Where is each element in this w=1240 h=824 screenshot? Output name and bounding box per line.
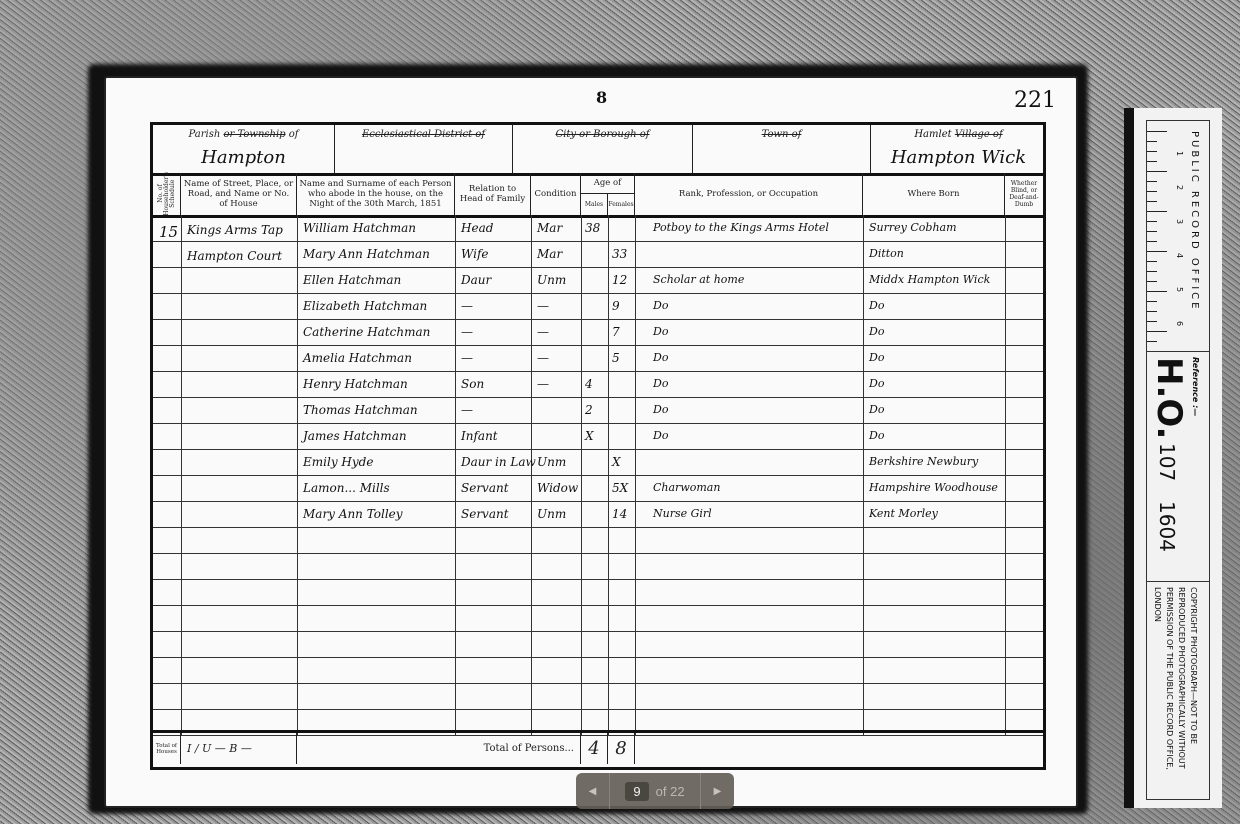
person-name: Mary Ann Tolley <box>303 507 403 521</box>
ruler-tick <box>1147 221 1157 222</box>
ruler-frame: PUBLIC RECORD OFFICE 123456 Reference :—… <box>1146 120 1210 800</box>
col-age-sub: Males Females <box>581 194 634 215</box>
grid-row-line <box>153 605 1043 606</box>
chevron-right-icon: ▶ <box>714 786 722 797</box>
table-row: James HatchmanInfantXDoDo <box>153 423 1043 449</box>
birthplace: Berkshire Newbury <box>869 455 978 468</box>
occupation: Nurse Girl <box>653 507 712 520</box>
occupation: Charwoman <box>653 481 720 494</box>
ruler-tick <box>1147 171 1167 172</box>
village-value: Hampton Wick <box>871 147 1046 168</box>
females-total: 8 <box>608 733 635 764</box>
age-male: 38 <box>585 221 600 235</box>
occupation: Do <box>653 377 668 390</box>
ruler-title: PUBLIC RECORD OFFICE <box>1189 131 1200 311</box>
age-female: 12 <box>612 273 627 287</box>
ruler-tick <box>1147 201 1157 202</box>
ruler-cm-label: 1 <box>1175 151 1184 156</box>
col-occupation: Rank, Profession, or Occupation <box>635 173 863 215</box>
condition: Unm <box>537 455 566 469</box>
col-age-label: Age of <box>581 173 634 194</box>
birthplace: Do <box>869 351 884 364</box>
condition: — <box>537 325 549 339</box>
condition: Unm <box>537 273 566 287</box>
condition: — <box>537 377 549 391</box>
age-female: 9 <box>612 299 620 313</box>
relation: — <box>461 403 473 417</box>
birthplace: Hampshire Woodhouse <box>869 481 998 494</box>
birthplace: Do <box>869 377 884 390</box>
reference-box: Reference :— H.O. 107 1604 <box>1147 351 1209 582</box>
person-name: Thomas Hatchman <box>303 403 418 417</box>
grid-row-line <box>153 553 1043 554</box>
ruler-tick <box>1147 231 1157 232</box>
age-female: 5 <box>612 351 620 365</box>
grid-row-line <box>153 683 1043 684</box>
condition: Unm <box>537 507 566 521</box>
birthplace: Kent Morley <box>869 507 938 520</box>
census-form: Parish or Township of Hampton Ecclesiast… <box>150 122 1046 770</box>
occupation: Do <box>653 429 668 442</box>
birthplace: Do <box>869 403 884 416</box>
occupation: Do <box>653 403 668 416</box>
person-name: Lamon... Mills <box>303 481 390 495</box>
birthplace: Ditton <box>869 247 904 260</box>
birthplace: Middx Hampton Wick <box>869 273 990 286</box>
table-row: Thomas Hatchman—2DoDo <box>153 397 1043 423</box>
birthplace: Do <box>869 325 884 338</box>
relation: Infant <box>461 429 498 443</box>
ruler-tick <box>1147 261 1157 262</box>
ruler-scale: PUBLIC RECORD OFFICE 123456 <box>1147 121 1209 352</box>
ruler-tick <box>1147 141 1157 142</box>
table-row: Mary Ann HatchmanWifeMar33Ditton <box>153 241 1043 267</box>
next-page-button[interactable]: ▶ <box>700 773 734 809</box>
relation: — <box>461 325 473 339</box>
total-persons-label: Total of Persons... <box>297 733 581 764</box>
folio-number: 221 <box>1014 88 1056 113</box>
page-total: of 22 <box>656 784 685 799</box>
ruler-tick <box>1147 131 1167 132</box>
birthplace: Surrey Cobham <box>869 221 957 234</box>
age-female: 33 <box>612 247 627 261</box>
relation: Wife <box>461 247 489 261</box>
ruler-cm-label: 2 <box>1175 185 1184 190</box>
age-female: 14 <box>612 507 627 521</box>
table-row: Emily HydeDaur in LawUnmXBerkshire Newbu… <box>153 449 1043 475</box>
relation: Son <box>461 377 484 391</box>
ruler-tick <box>1147 251 1167 252</box>
condition: Mar <box>537 247 562 261</box>
grid-row-line <box>153 709 1043 710</box>
col-schedule: No. of Householder's Schedule <box>153 173 181 215</box>
table-row: Elizabeth Hatchman——9DoDo <box>153 293 1043 319</box>
grid-row-line <box>153 527 1043 528</box>
ruler-cm-label: 6 <box>1175 321 1184 326</box>
village-cell: Hamlet Village of Hampton Wick <box>871 125 1046 173</box>
occupation: Scholar at home <box>653 273 744 286</box>
col-blind: Whether Blind, or Deaf-and-Dumb <box>1005 173 1043 215</box>
age-female: 7 <box>612 325 620 339</box>
col-females: Females <box>608 194 634 215</box>
occupation: Potboy to the Kings Arms Hotel <box>653 221 829 234</box>
table-row: Catherine Hatchman——7DoDo <box>153 319 1043 345</box>
relation: Daur <box>461 273 491 287</box>
occupation: Do <box>653 351 668 364</box>
ruler-tick <box>1147 331 1167 332</box>
person-name: William Hatchman <box>303 221 416 235</box>
ruler-cm-label: 4 <box>1175 253 1184 258</box>
page-indicator: 9 of 22 <box>610 782 700 801</box>
chevron-left-icon: ◀ <box>589 786 597 797</box>
ruler-tick <box>1147 191 1157 192</box>
col-born: Where Born <box>863 173 1005 215</box>
reference-piece: 107 <box>1155 443 1179 481</box>
reference-folio: 1604 <box>1155 501 1179 552</box>
ruler-tick <box>1147 291 1167 292</box>
town-cell: Town of <box>693 125 871 173</box>
relation: Servant <box>461 481 509 495</box>
grid-row-line <box>153 657 1043 658</box>
grid-row-line <box>153 631 1043 632</box>
table-row: Ellen HatchmanDaurUnm12Scholar at homeMi… <box>153 267 1043 293</box>
age-male: X <box>585 429 594 443</box>
ecclesiastical-cell: Ecclesiastical District of <box>335 125 513 173</box>
condition: — <box>537 299 549 313</box>
ruler-cm-label: 3 <box>1175 219 1184 224</box>
person-name: Catherine Hatchman <box>303 325 430 339</box>
ruler-cm-label: 5 <box>1175 287 1184 292</box>
ruler-tick <box>1147 151 1157 152</box>
table-row: Mary Ann TolleyServantUnm14Nurse GirlKen… <box>153 501 1043 527</box>
relation: Head <box>461 221 493 235</box>
ruler-tick <box>1147 341 1157 342</box>
page-navigator: ◀ 9 of 22 ▶ <box>576 773 734 809</box>
village-prefix: Hamlet <box>914 129 951 140</box>
ruler-tick <box>1147 281 1157 282</box>
table-row: Lamon... MillsServantWidow5XCharwomanHam… <box>153 475 1043 501</box>
birthplace: Do <box>869 429 884 442</box>
person-name: Mary Ann Hatchman <box>303 247 430 261</box>
parish-cell: Parish or Township of Hampton <box>153 125 335 173</box>
column-headers: No. of Householder's Schedule Name of St… <box>153 173 1043 218</box>
person-name: Elizabeth Hatchman <box>303 299 427 313</box>
person-name: James Hatchman <box>303 429 407 443</box>
col-schedule-label: No. of Householder's Schedule <box>158 172 176 216</box>
age-female: X <box>612 455 621 469</box>
col-name: Name and Surname of each Person who abod… <box>297 173 455 215</box>
occupation: Do <box>653 325 668 338</box>
city-cell: City or Borough of <box>513 125 693 173</box>
ruler-tick <box>1147 271 1157 272</box>
col-relation: Relation to Head of Family <box>455 173 531 215</box>
prev-page-button[interactable]: ◀ <box>576 773 610 809</box>
ecclesiastical-label: Ecclesiastical District of <box>335 129 512 140</box>
table-row: Amelia Hatchman——5DoDo <box>153 345 1043 371</box>
copyright-box: COPYRIGHT PHOTOGRAPH—NOT TO BE REPRODUCE… <box>1147 581 1209 799</box>
parish-of: of <box>289 129 299 140</box>
parish-struck: or Township <box>223 129 285 140</box>
occupation: Do <box>653 299 668 312</box>
parish-label: Parish <box>189 129 221 140</box>
col-condition: Condition <box>531 173 581 215</box>
grid-row-line <box>153 579 1043 580</box>
total-houses-label: Total of Houses <box>153 733 181 764</box>
condition: Mar <box>537 221 562 235</box>
district-header: Parish or Township of Hampton Ecclesiast… <box>153 125 1043 176</box>
relation: — <box>461 299 473 313</box>
totals-row: Total of Houses I / U — B — Total of Per… <box>153 730 1043 767</box>
relation: — <box>461 351 473 365</box>
sheet-number: 8 <box>596 88 607 107</box>
village-label-line: Hamlet Village of <box>871 129 1046 140</box>
person-name: Ellen Hatchman <box>303 273 401 287</box>
census-page: 8 221 Parish or Township of Hampton Eccl… <box>104 76 1078 808</box>
copyright-notice: COPYRIGHT PHOTOGRAPH—NOT TO BE REPRODUCE… <box>1151 587 1199 787</box>
relation: Daur in Law <box>461 455 536 469</box>
condition: — <box>537 351 549 365</box>
ruler-tick <box>1147 301 1157 302</box>
condition: Widow <box>537 481 578 495</box>
col-address: Name of Street, Place, or Road, and Name… <box>181 173 297 215</box>
reference-label: Reference :— <box>1191 357 1200 416</box>
parish-value: Hampton <box>153 147 334 168</box>
ruler-tick <box>1147 211 1167 212</box>
village-label: Village of <box>955 129 1003 140</box>
birthplace: Do <box>869 299 884 312</box>
age-male: 2 <box>585 403 593 417</box>
ruler-tick <box>1147 161 1157 162</box>
city-label: City or Borough of <box>513 129 692 140</box>
reference-code: H.O. <box>1149 357 1189 439</box>
person-name: Emily Hyde <box>303 455 373 469</box>
col-males: Males <box>581 194 608 215</box>
col-age: Age of Males Females <box>581 173 635 215</box>
ruler-tick <box>1147 181 1157 182</box>
table-row: William HatchmanHeadMar38Potboy to the K… <box>153 215 1043 241</box>
relation: Servant <box>461 507 509 521</box>
town-label: Town of <box>693 129 870 140</box>
males-total: 4 <box>581 733 608 764</box>
ruler-tick <box>1147 321 1157 322</box>
person-name: Henry Hatchman <box>303 377 408 391</box>
ruler-tick <box>1147 311 1157 312</box>
age-male: 4 <box>585 377 593 391</box>
table-row: Henry HatchmanSon—4DoDo <box>153 371 1043 397</box>
entries-grid: 15 Kings Arms Tap Hampton Court William … <box>153 215 1043 735</box>
age-female: 5X <box>612 481 628 495</box>
reference-ruler: PUBLIC RECORD OFFICE 123456 Reference :—… <box>1124 108 1222 808</box>
person-name: Amelia Hatchman <box>303 351 412 365</box>
houses-value: I / U — B — <box>181 733 297 764</box>
ruler-tick <box>1147 241 1157 242</box>
page-number-input[interactable]: 9 <box>625 782 648 801</box>
